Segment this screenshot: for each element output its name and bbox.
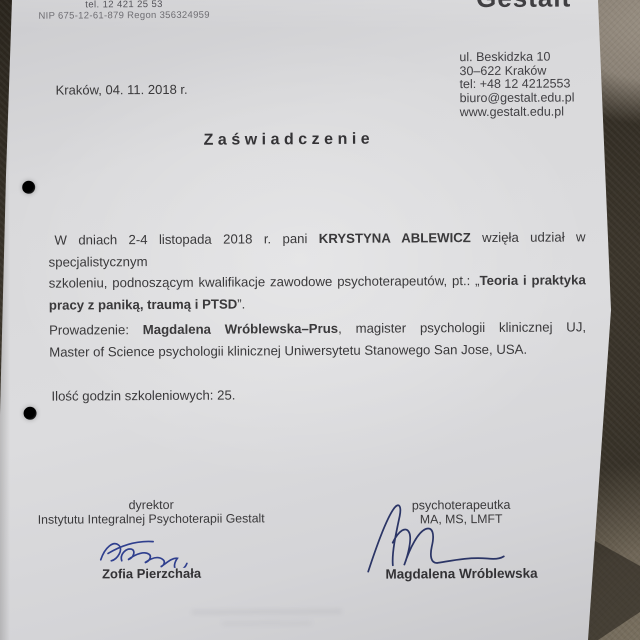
letterhead-address-block: ul. Beskidzka 10 30–622 Kraków tel: +48 …: [459, 50, 574, 119]
certificate-content: tel. 12 421 25 53 NIP 675-12-61-879 Rego…: [0, 0, 640, 640]
director-name: Zofia Pierzchała: [27, 565, 277, 582]
body-paragraph-training: W dniach 2-4 listopada 2018 r. pani KRYS…: [48, 226, 586, 315]
director-role: dyrektor: [26, 497, 276, 513]
gestalt-logo: Gestalt: [476, 0, 571, 14]
paragraph-line: pracy z paniką, traumą i PTSD”.: [49, 291, 586, 316]
photo-of-certificate: tel. 12 421 25 53 NIP 675-12-61-879 Rego…: [0, 0, 640, 640]
paragraph-line: W dniach 2-4 listopada 2018 r. pani KRYS…: [48, 226, 585, 272]
certificate-title: Zaświadczenie: [0, 129, 579, 151]
date-line: Kraków, 04. 11. 2018 r.: [56, 82, 188, 98]
signature-block-director: dyrektor Instytutu Integralnej Psychoter…: [26, 497, 276, 527]
signature-magdalena-wroblewska-ink: [363, 501, 508, 576]
paragraph-line: Master of Science psychologii klinicznej…: [49, 338, 586, 363]
psychotherapist-name: Magdalena Wróblewska: [357, 565, 567, 581]
director-institution: Instytutu Integralnej Psychoterapii Gest…: [26, 511, 276, 527]
address-website: www.gestalt.edu.pl: [460, 105, 575, 119]
address-street: ul. Beskidzka 10: [459, 50, 574, 64]
signature-zofia-pierzchala-ink: [94, 532, 199, 569]
hole-punch-top: [22, 181, 35, 194]
letterhead-registry-numbers: NIP 675-12-61-879 Regon 356324959: [4, 9, 244, 21]
hole-punch-bottom: [24, 407, 37, 420]
ink-bleed-through: [192, 605, 342, 632]
training-hours-line: Ilość godzin szkoleniowych: 25.: [51, 388, 235, 404]
body-paragraph-trainer: Prowadzenie: Magdalena Wróblewska–Prus, …: [49, 316, 586, 362]
